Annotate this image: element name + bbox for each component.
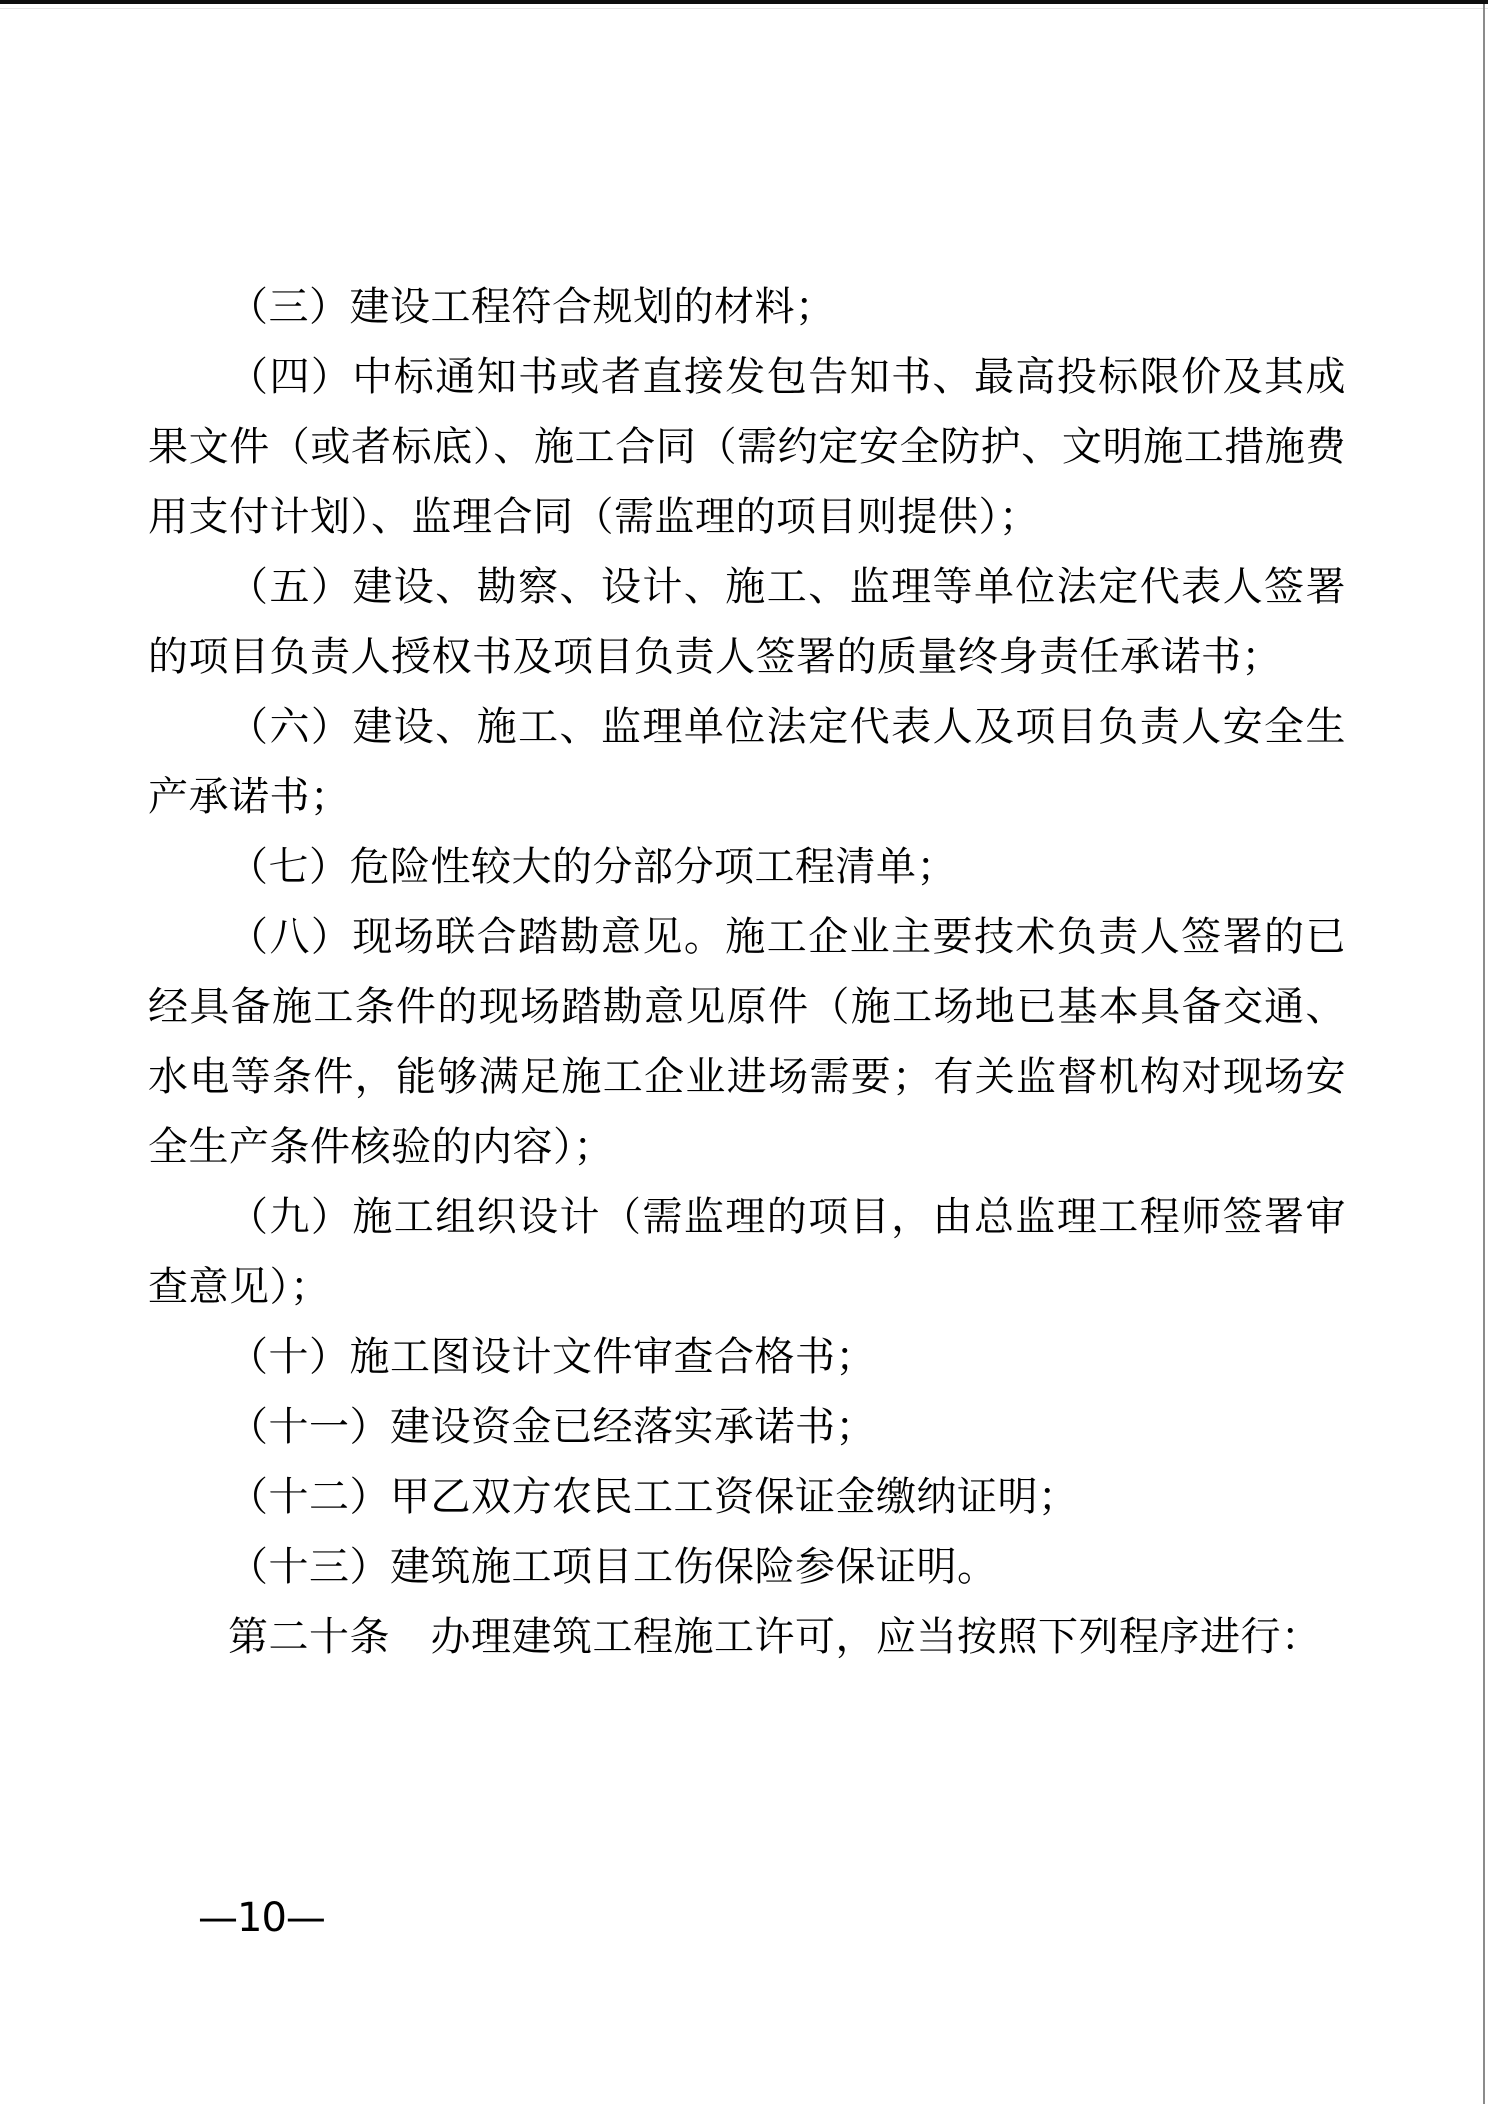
paragraph-article-20: 第二十条 办理建筑工程施工许可，应当按照下列程序进行：: [148, 1602, 1346, 1672]
paragraph-item-7: （七）危险性较大的分部分项工程清单；: [148, 832, 1346, 902]
scan-edge-right: [1483, 4, 1485, 2104]
scan-edge-top: [0, 0, 1488, 4]
paragraph-item-13: （十三）建筑施工项目工伤保险参保证明。: [148, 1532, 1346, 1602]
paragraph-item-9: （九）施工组织设计（需监理的项目，由总监理工程师签署审查意见）；: [148, 1182, 1346, 1322]
paragraph-item-10: （十）施工图设计文件审查合格书；: [148, 1322, 1346, 1392]
paragraph-item-8: （八）现场联合踏勘意见。施工企业主要技术负责人签署的已经具备施工条件的现场踏勘意…: [148, 902, 1346, 1182]
paragraph-item-12: （十二）甲乙双方农民工工资保证金缴纳证明；: [148, 1462, 1346, 1532]
page-number: —10—: [198, 1895, 325, 1941]
paragraph-item-5: （五）建设、勘察、设计、施工、监理等单位法定代表人签署的项目负责人授权书及项目负…: [148, 552, 1346, 692]
paragraph-item-3: （三）建设工程符合规划的材料；: [148, 272, 1346, 342]
page-footer: —10—: [198, 1896, 325, 1940]
paragraph-item-6: （六）建设、施工、监理单位法定代表人及项目负责人安全生产承诺书；: [148, 692, 1346, 832]
paragraph-item-11: （十一）建设资金已经落实承诺书；: [148, 1392, 1346, 1462]
paragraph-item-4: （四）中标通知书或者直接发包告知书、最高投标限价及其成果文件（或者标底）、施工合…: [148, 342, 1346, 552]
document-body: （三）建设工程符合规划的材料； （四）中标通知书或者直接发包告知书、最高投标限价…: [148, 272, 1346, 1672]
scan-edge-top-shadow: [0, 8, 1488, 9]
document-page: （三）建设工程符合规划的材料； （四）中标通知书或者直接发包告知书、最高投标限价…: [0, 0, 1488, 2104]
